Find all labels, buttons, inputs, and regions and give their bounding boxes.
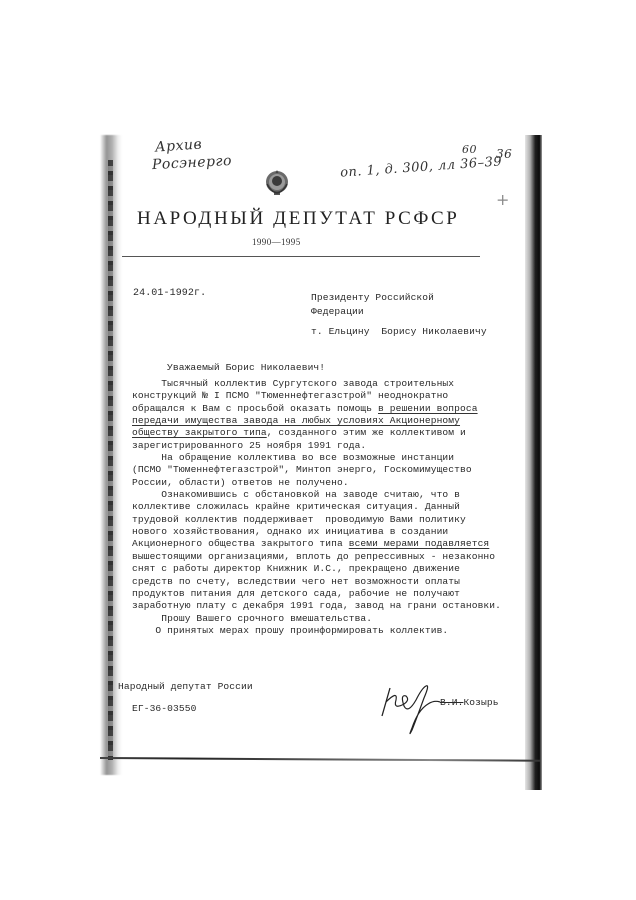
handwritten-archive-label: Архив <box>154 136 202 155</box>
signatory-surname: Козырь <box>463 697 498 708</box>
handwritten-page-mark: 60 <box>462 143 477 156</box>
underlined-text: в решении вопроса <box>378 403 478 414</box>
body-text: обращался к Вам с просьбой оказать помощ… <box>132 403 378 414</box>
body-line: средств по счету, вследствии чего нет во… <box>132 576 501 588</box>
body-text: , созданного этим же коллективом и <box>267 427 466 438</box>
body-text: продуктов питания для детского сада, раб… <box>132 588 460 599</box>
signatory-title: Народный депутат России <box>118 681 253 692</box>
body-text: нового хозяйствования, однако их инициат… <box>132 526 448 537</box>
body-text: Акционерного общества закрытого типа <box>132 538 349 549</box>
handwritten-signature <box>376 678 446 738</box>
body-line: О принятых мерах прошу проинформировать … <box>132 625 501 637</box>
body-line: вышестоящими организациями, вплоть до ре… <box>132 551 501 563</box>
scan-binding-marks <box>108 160 113 760</box>
body-line: (ПСМО "Тюменнефтегазстрой", Минтоп энерг… <box>132 464 501 476</box>
letter-date: 24.01-1992г. <box>133 288 206 299</box>
body-line: Ознакомившись с обстановкой на заводе сч… <box>132 489 501 501</box>
addressee-name: т. Ельцину Борису Николаевичу <box>311 326 487 337</box>
body-line: снят с работы директор Книжник И.С., пре… <box>132 563 501 575</box>
body-line: Акционерного общества закрытого типа все… <box>132 538 501 550</box>
body-text: О принятых мерах прошу проинформировать … <box>132 625 448 636</box>
underlined-text: передачи имущества завода на любых услов… <box>132 415 460 426</box>
body-line: зарегистрированного 25 ноября 1991 года. <box>132 440 501 452</box>
body-text: коллективе сложилась крайне критическая … <box>132 501 460 512</box>
body-text: снят с работы директор Книжник И.С., пре… <box>132 563 460 574</box>
body-line: продуктов питания для детского сада, раб… <box>132 588 501 600</box>
signatory-initials: В.И. <box>440 697 463 708</box>
body-line: передачи имущества завода на любых услов… <box>132 415 501 427</box>
signatory-name: В.И.Козырь <box>440 697 499 708</box>
body-line: коллективе сложилась крайне критическая … <box>132 501 501 513</box>
body-line: конструкций № I ПСМО "Тюменнефтегазстрой… <box>132 390 501 402</box>
body-line: заработную плату с декабря 1991 года, за… <box>132 600 501 612</box>
underlined-text: обществу закрытого типа <box>132 427 267 438</box>
body-text: На обращение коллектива во все возможные… <box>132 452 454 463</box>
addressee-line-2: Федерации <box>311 306 364 317</box>
body-line: России, области) ответов не получено. <box>132 477 501 489</box>
letterhead-title: НАРОДНЫЙ ДЕПУТАТ РСФСР <box>137 208 459 230</box>
body-text: заработную плату с декабря 1991 года, за… <box>132 600 501 611</box>
letterhead-years: 1990—1995 <box>252 237 301 247</box>
signatory-id: ЕГ-36-03550 <box>132 703 196 714</box>
handwritten-archive-name: Росэнерго <box>152 153 233 173</box>
scanned-letter-page: Архив Росэнерго оп. 1, д. 300, лл 36–39 … <box>0 0 636 900</box>
body-line: трудовой коллектив поддерживает проводим… <box>132 514 501 526</box>
underlined-text: всеми мерами подавляется <box>349 538 490 549</box>
body-line: Тысячный коллектив Сургутского завода ст… <box>132 378 501 390</box>
body-text: Прошу Вашего срочного вмешательства. <box>132 613 372 624</box>
body-line: обращался к Вам с просьбой оказать помощ… <box>132 403 501 415</box>
body-text: трудовой коллектив поддерживает проводим… <box>132 514 466 525</box>
body-line: нового хозяйствования, однако их инициат… <box>132 526 501 538</box>
body-text: Ознакомившись с обстановкой на заводе сч… <box>132 489 460 500</box>
coat-of-arms-icon <box>265 170 289 196</box>
body-text: Тысячный коллектив Сургутского завода ст… <box>132 378 454 389</box>
handwritten-plus-mark: + <box>496 190 510 209</box>
body-text: средств по счету, вследствии чего нет во… <box>132 576 460 587</box>
body-line: На обращение коллектива во все возможные… <box>132 452 501 464</box>
salutation: Уважаемый Борис Николаевич! <box>167 362 325 373</box>
body-text: (ПСМО "Тюменнефтегазстрой", Минтоп энерг… <box>132 464 472 475</box>
body-text: России, области) ответов не получено. <box>132 477 349 488</box>
scan-edge-shadow-right <box>525 135 542 790</box>
letter-body: Тысячный коллектив Сургутского завода ст… <box>132 378 501 637</box>
body-text: конструкций № I ПСМО "Тюменнефтегазстрой… <box>132 390 448 401</box>
body-line: обществу закрытого типа, созданного этим… <box>132 427 501 439</box>
body-line: Прошу Вашего срочного вмешательства. <box>132 613 501 625</box>
handwritten-archive-reference: оп. 1, д. 300, лл 36–39 <box>340 154 503 180</box>
handwritten-page-number: 36 <box>496 147 512 161</box>
body-text: вышестоящими организациями, вплоть до ре… <box>132 551 495 562</box>
addressee-line-1: Президенту Российской <box>311 292 434 303</box>
body-text: зарегистрированного 25 ноября 1991 года. <box>132 440 366 451</box>
scan-edge-bottom <box>100 757 540 762</box>
letterhead-divider <box>122 256 480 257</box>
